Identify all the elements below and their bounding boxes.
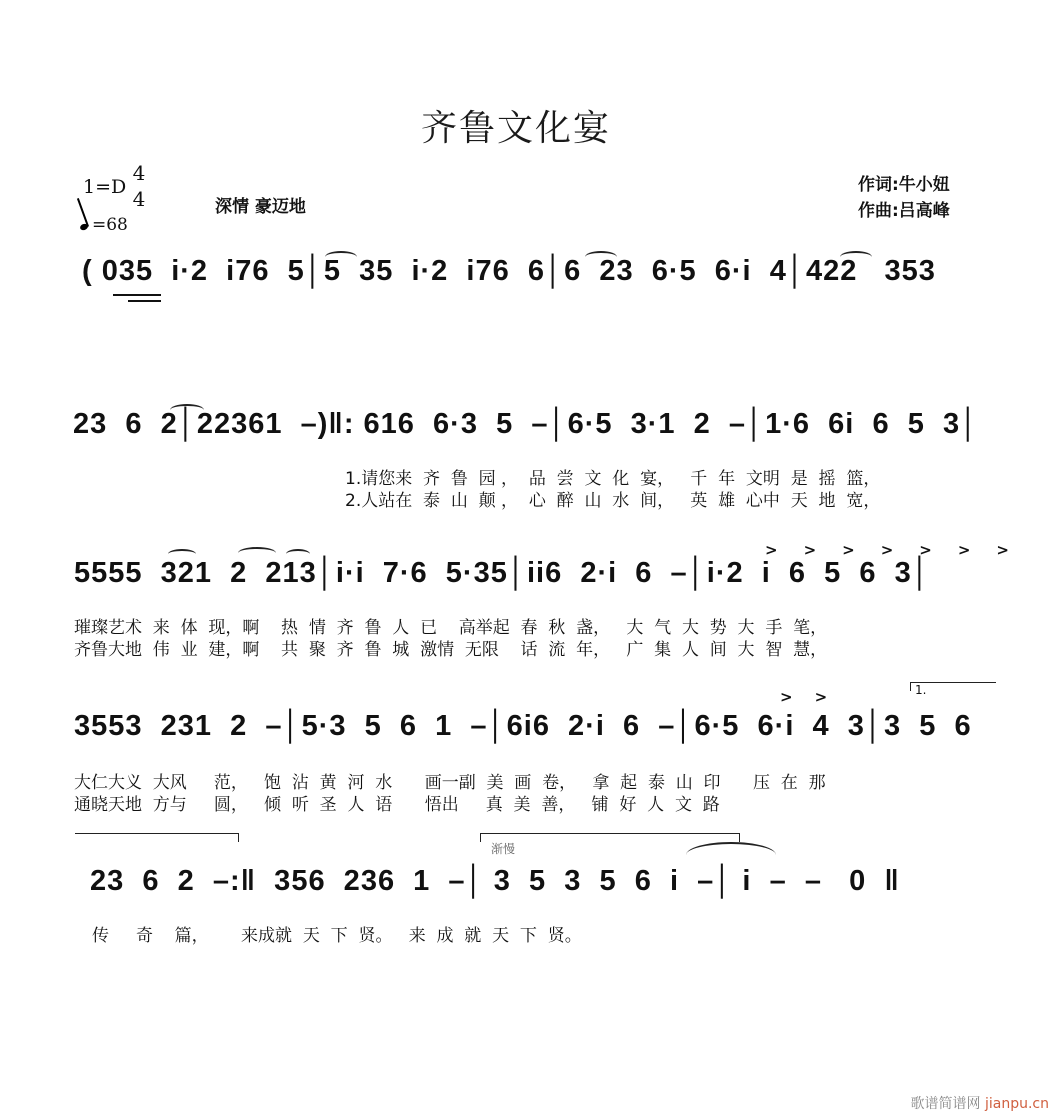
tie (585, 251, 617, 263)
lyrics-verse-1: 1.请您来 齐 鲁 园 ， 品 尝 文 化 宴， 千 年 文明 是 摇 篮， (345, 468, 880, 490)
slur (286, 549, 310, 559)
volta-1-bracket: 1. (910, 682, 996, 691)
quarter-note-icon (79, 223, 89, 231)
lyrics-verse-2: 通晓天地 方与 圆， 倾 听 圣 人 语 悟出 真 美 善， 铺 好 人 文 路 (74, 794, 720, 816)
watermark: 歌谱简谱网 jianpu.cn (911, 1093, 1049, 1113)
notation-line: 23 6 2 –:‖ 356 236 1 –│ 3 5 3 5 6 i –│ i… (90, 865, 900, 898)
accent-marks: >> (780, 688, 849, 706)
score-row-2: 23 6 2│22361 –)‖: 616 6·3 5 –│6·5 3·1 2 … (0, 398, 1059, 528)
lyrics-verse-1: 璀璨艺术 来 体 现，啊 热 情 齐 鲁 人 已 高举起 春 秋 盏， 大 气 … (74, 617, 827, 639)
credits: 作词:牛小妞 作曲:吕高峰 (858, 172, 950, 224)
lyrics-line: 传 奇 篇， 来成就 天 下 贤。 来 成 就 天 下 贤。 (92, 925, 582, 947)
volta-label: 1. (915, 683, 926, 697)
watermark-site: 歌谱简谱网 (911, 1096, 981, 1112)
ritardando-marking: 渐慢 (491, 840, 515, 857)
song-title: 齐鲁文化宴 (0, 100, 1032, 151)
score-row-1: ( 035 i·2 i76 5│5 35 i·2 i76 6│6 23 6·5 … (0, 250, 1059, 310)
notation-line: ( 035 i·2 i76 5│5 35 i·2 i76 6│6 23 6·5 … (82, 255, 936, 288)
time-signature: 4 4 (130, 160, 148, 212)
underline (113, 294, 161, 296)
lyrics-verse-1: 大仁大义 大风 范， 饱 沾 黄 河 水 画一副 美 画 卷， 拿 起 泰 山 … (74, 772, 826, 794)
composer: 作曲:吕高峰 (858, 198, 950, 224)
lyrics-verse-2: 2.人站在 泰 山 颠 ， 心 醉 山 水 间， 英 雄 心中 天 地 宽， (345, 490, 880, 512)
tempo-value: =68 (92, 215, 128, 235)
accent-marks: >>>>>>> (765, 541, 1035, 559)
key-signature: 1=D (83, 176, 126, 198)
slur (238, 547, 276, 559)
time-numerator: 4 (130, 160, 148, 186)
expression-marking: 深情 豪迈地 (215, 192, 306, 217)
slur (168, 549, 196, 559)
tie (170, 404, 204, 416)
underline (128, 300, 161, 302)
watermark-url: jianpu.cn (985, 1096, 1049, 1112)
score-row-5: 渐慢 23 6 2 –:‖ 356 236 1 –│ 3 5 3 5 6 i –… (0, 830, 1059, 960)
volta-1-bracket-end (75, 833, 239, 842)
lyrics-verse-2: 齐鲁大地 伟 业 建，啊 共 聚 齐 鲁 城 激情 无限 话 流 年， 广 集 … (74, 639, 827, 661)
notation-line: 23 6 2│22361 –)‖: 616 6·3 5 –│6·5 3·1 2 … (73, 408, 979, 441)
time-denominator: 4 (130, 186, 148, 212)
tie (840, 251, 872, 263)
score-row-3: 5555 321 2 213│i·i 7·6 5·35│ii6 2·i 6 –│… (0, 545, 1059, 675)
tie (325, 251, 357, 263)
notation-line: 3553 231 2 –│5·3 5 6 1 –│6i6 2·i 6 –│6·5… (74, 710, 972, 743)
ritardando-bracket: 渐慢 (480, 833, 740, 842)
notation-line: 5555 321 2 213│i·i 7·6 5·35│ii6 2·i 6 –│… (74, 557, 931, 590)
lyricist: 作词:牛小妞 (858, 172, 950, 198)
score-row-4: 1. >> 3553 231 2 –│5·3 5 6 1 –│6i6 2·i 6… (0, 690, 1059, 820)
tempo-marking: =68 (80, 215, 128, 235)
